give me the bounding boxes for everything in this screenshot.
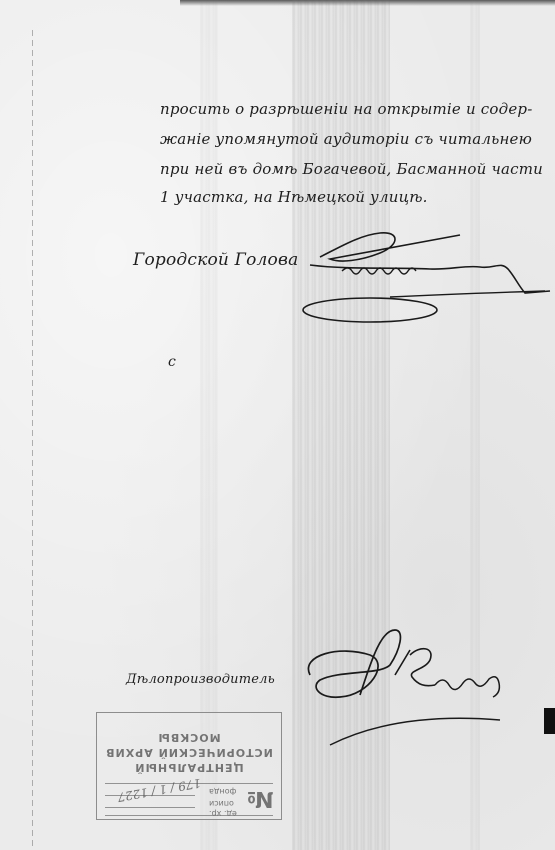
mayor-signature <box>250 225 550 325</box>
edge-mark <box>544 708 555 734</box>
archive-stamp: ЦЕНТРАЛЬНЫЙ ИСТОРИЧЕСКИЙ АРХИВ МОСКВЫ фо… <box>96 712 282 820</box>
stamp-number-sign: № <box>247 786 273 811</box>
stamp-handwritten-reference: 179 / 1 / 1227 <box>116 776 202 804</box>
stamp-field-opis: описи <box>209 799 234 808</box>
stamp-title-line: МОСКВЫ <box>97 731 281 744</box>
stamp-title-line: ЦЕНТРАЛЬНЫЙ <box>97 761 281 774</box>
clerk-signature <box>300 625 540 755</box>
stamp-rule <box>105 815 273 816</box>
stamp-rule <box>105 807 195 808</box>
stamp-title-line: ИСТОРИЧЕСКИЙ АРХИВ <box>97 746 281 759</box>
stamp-field-fond: фонда <box>209 787 236 796</box>
fold-line <box>32 30 33 850</box>
body-line: 1 участка, на Нѣмецкой улицѣ. <box>160 188 428 206</box>
margin-mark: с <box>168 354 176 370</box>
document-page: просить о разрѣшеніи на открытіе и содер… <box>0 0 555 850</box>
stamp-field-item: ед. хр. <box>209 809 237 818</box>
body-line: при ней въ домѣ Богачевой, Басманной час… <box>160 160 543 178</box>
body-line: просить о разрѣшеніи на открытіе и содер… <box>160 100 532 118</box>
signatory-title-clerk: Дѣлопроизводитель <box>126 672 275 687</box>
body-line: жаніе упомянутой аудиторіи съ читальнею <box>160 130 532 148</box>
